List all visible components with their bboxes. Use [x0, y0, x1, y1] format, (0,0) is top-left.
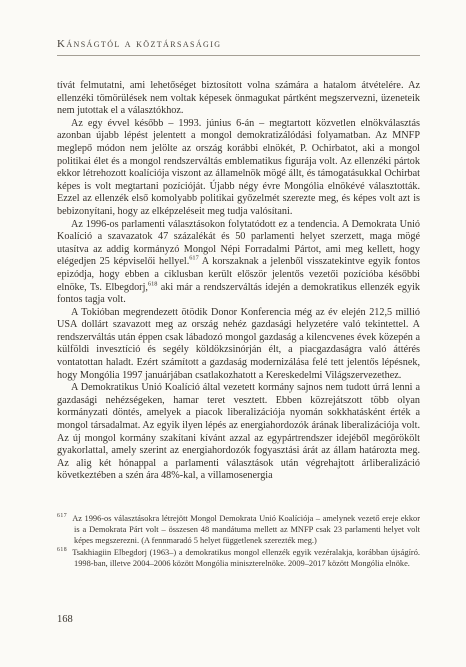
paragraph: Az egy évvel később – 1993. június 6-án …: [57, 118, 420, 219]
footnote-ref-618: 618: [148, 280, 157, 287]
footnote-number: 617: [57, 513, 67, 519]
footnote-text: Az 1996-os választásokra létrejött Mongo…: [72, 514, 420, 545]
page-number: 168: [57, 614, 73, 625]
paragraph: A Demokratikus Unió Koalíció által vezet…: [57, 382, 420, 483]
running-header: Kánságtól a köztársaságig: [57, 38, 420, 56]
footnote-ref-617: 617: [189, 255, 198, 262]
footnote: 617Az 1996-os választásokra létrejött Mo…: [57, 513, 420, 546]
footnote-text: Tsakhiagiin Elbegdorj (1963–) a demokrat…: [72, 548, 420, 568]
paragraph: A Tokióban megrendezett ötödik Donor Kon…: [57, 307, 420, 383]
book-page: Kánságtól a köztársaságig tívát felmutat…: [0, 0, 466, 667]
main-text-block: tívát felmutatni, ami lehetőséget biztos…: [57, 80, 420, 483]
paragraph: tívát felmutatni, ami lehetőséget biztos…: [57, 80, 420, 118]
paragraph: Az 1996-os parlamenti választásokon foly…: [57, 219, 420, 307]
footnote: 618Tsakhiagiin Elbegdorj (1963–) a demok…: [57, 547, 420, 569]
footnote-number: 618: [57, 547, 67, 553]
footnotes-block: 617Az 1996-os választásokra létrejött Mo…: [57, 513, 420, 569]
